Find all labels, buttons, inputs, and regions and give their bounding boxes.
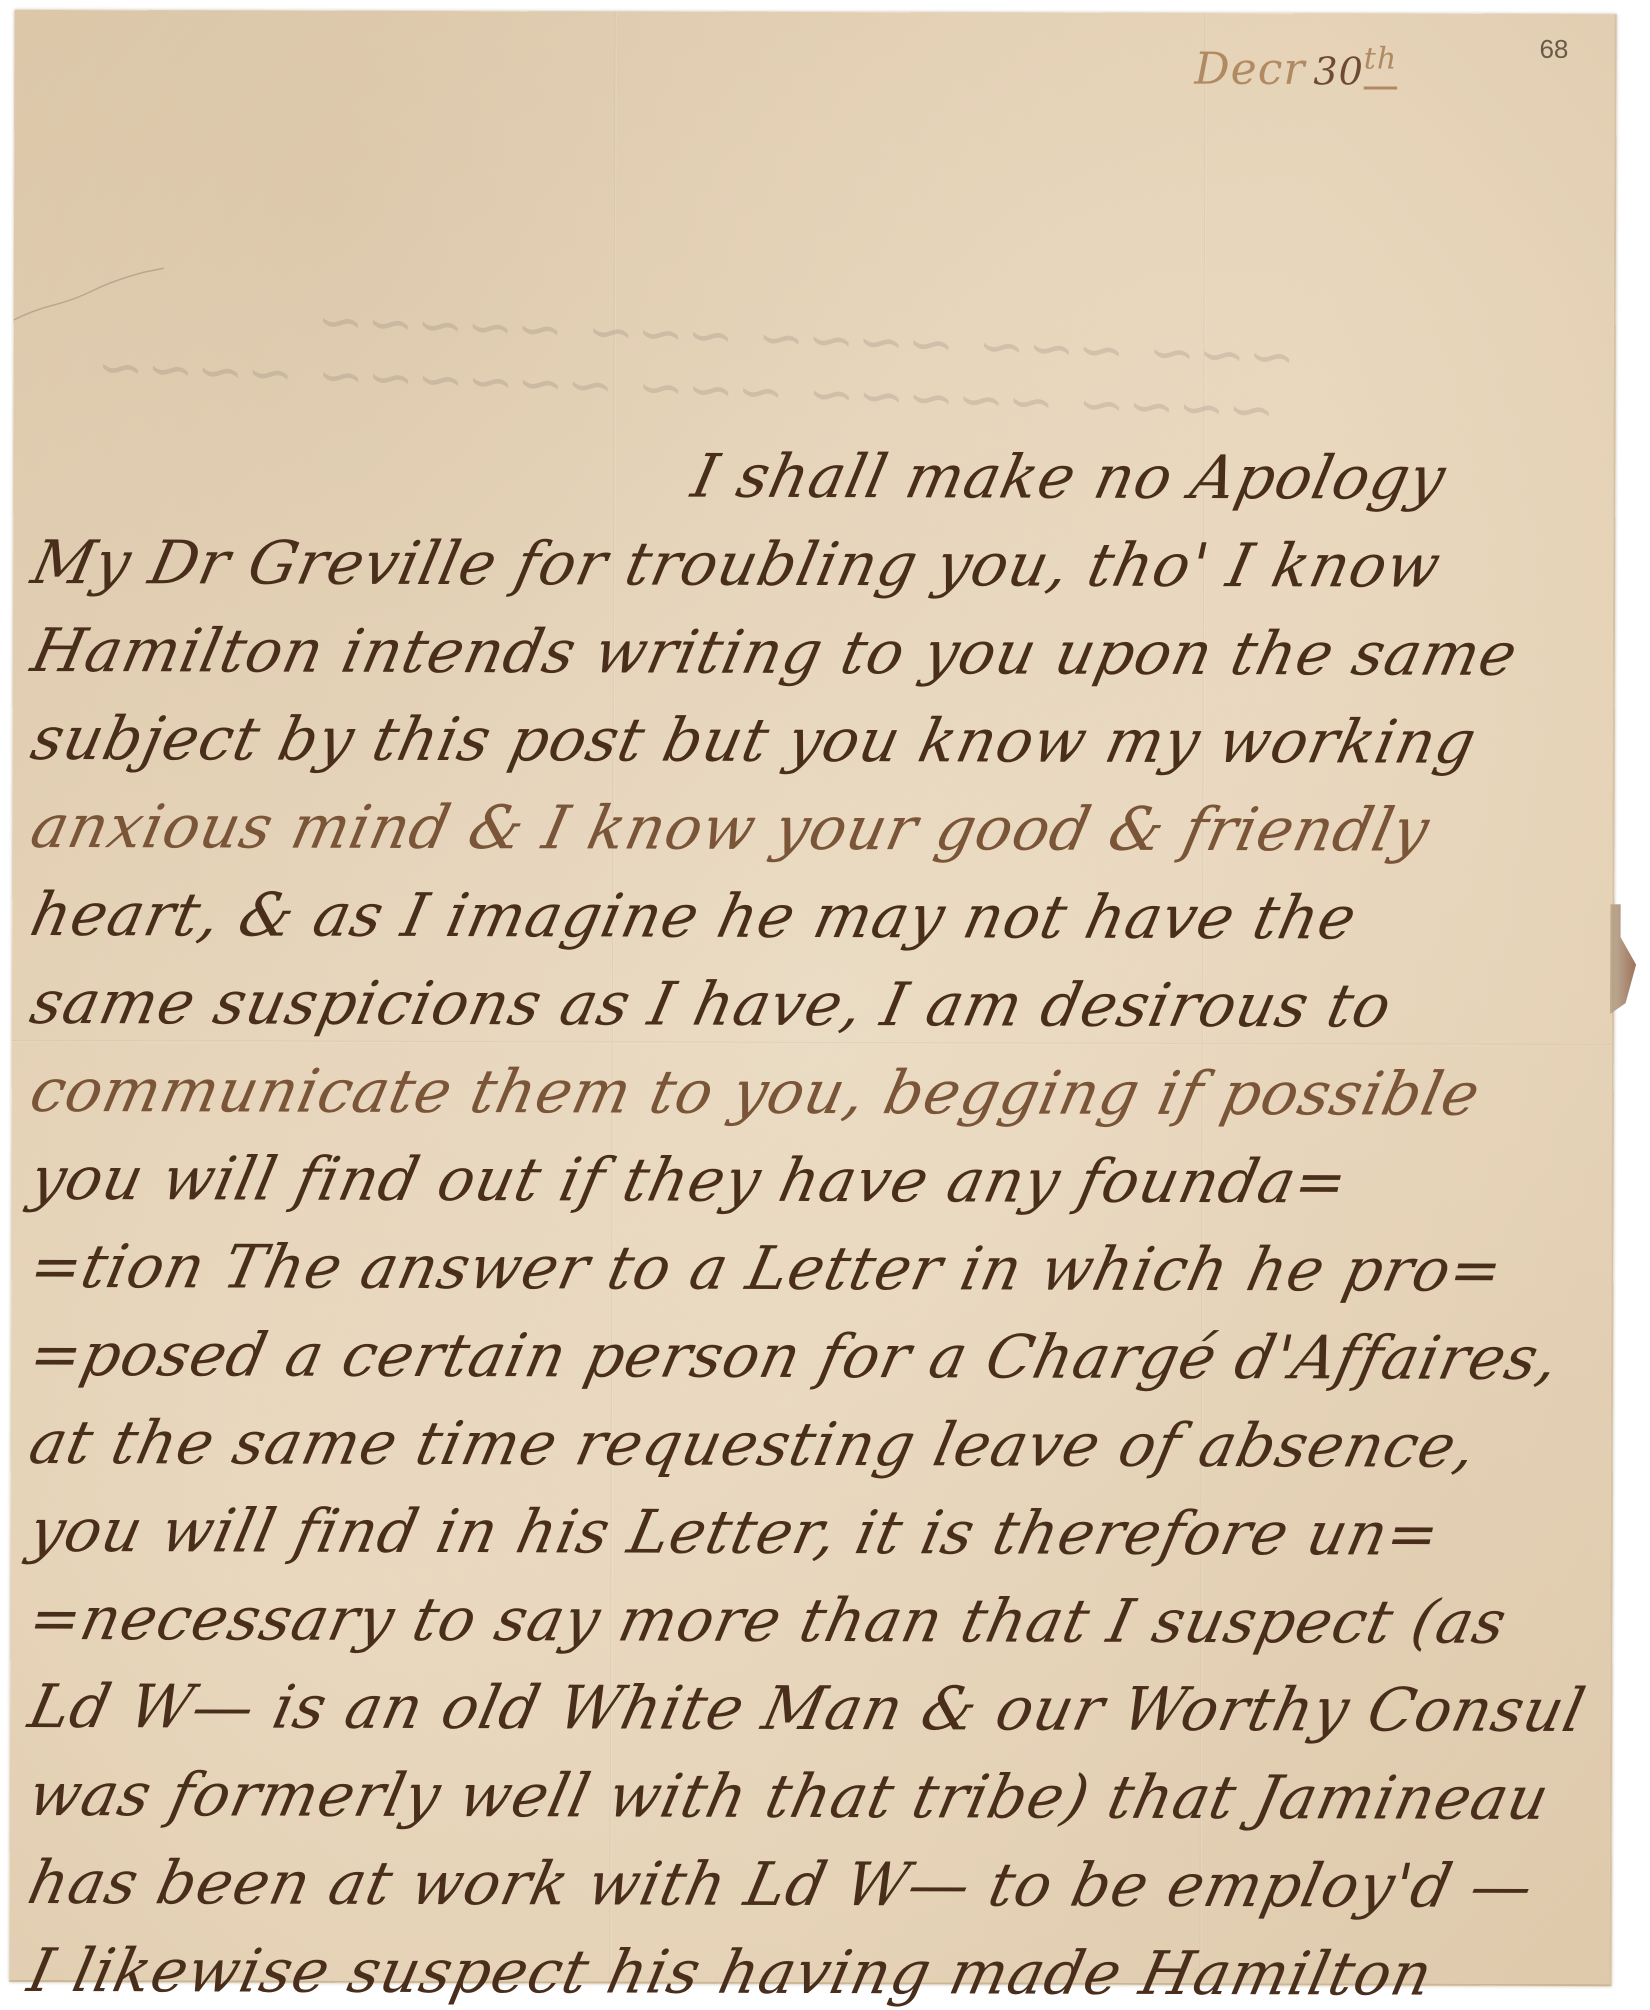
letter-line: subject by this post but you know my wor…: [25, 704, 1483, 778]
letter-line: My Dr Greville for troubling you, tho' I…: [26, 528, 1448, 602]
letter-line: you will find in his Letter, it is there…: [23, 1496, 1446, 1570]
letter-line: was formerly well with that tribe) that …: [22, 1760, 1555, 1834]
letter-line: Ld W— is an old White Man & our Worthy C…: [23, 1672, 1592, 1746]
date-day: 30: [1313, 49, 1363, 93]
letter-line: =tion The answer to a Letter in which he…: [24, 1232, 1510, 1306]
letter-line: anxious mind & I know your good & friend…: [25, 792, 1436, 866]
letter-line: I likewise suspect his having made Hamil…: [22, 1936, 1439, 2000]
paper-tear-icon: [14, 260, 174, 330]
letter-line: =posed a certain person for a Chargé d'A…: [24, 1320, 1566, 1394]
folio-number: 68: [1539, 34, 1568, 65]
date-month: Decr: [1194, 44, 1305, 95]
letter-body: I shall make no Apology My Dr Greville f…: [33, 440, 1608, 444]
date-suffix: th: [1364, 41, 1397, 76]
letter-line: communicate them to you, begging if poss…: [24, 1056, 1486, 1130]
letter-line: same suspicions as I have, I am desirous…: [24, 968, 1398, 1042]
letter-line: heart, & as I imagine he may not have th…: [25, 880, 1363, 953]
letter-line: you will find out if they have any found…: [24, 1144, 1354, 1217]
letter-date: Decr30th: [1194, 41, 1397, 95]
letter-page: ~~~ ~~~ ~~~~ ~~~ ~~~~~ ~~~~ ~~~~~ ~~~ ~~…: [9, 10, 1616, 1986]
letter-line: at the same time requesting leave of abs…: [23, 1408, 1483, 1482]
wax-seal-fragment: [1610, 904, 1636, 1014]
letter-line: Hamilton intends writing to you upon the…: [25, 616, 1524, 690]
letter-line: =necessary to say more than that I suspe…: [23, 1584, 1513, 1658]
letter-line: has been at work with Ld W— to be employ…: [22, 1848, 1540, 1922]
letter-line: I shall make no Apology: [686, 442, 1452, 514]
